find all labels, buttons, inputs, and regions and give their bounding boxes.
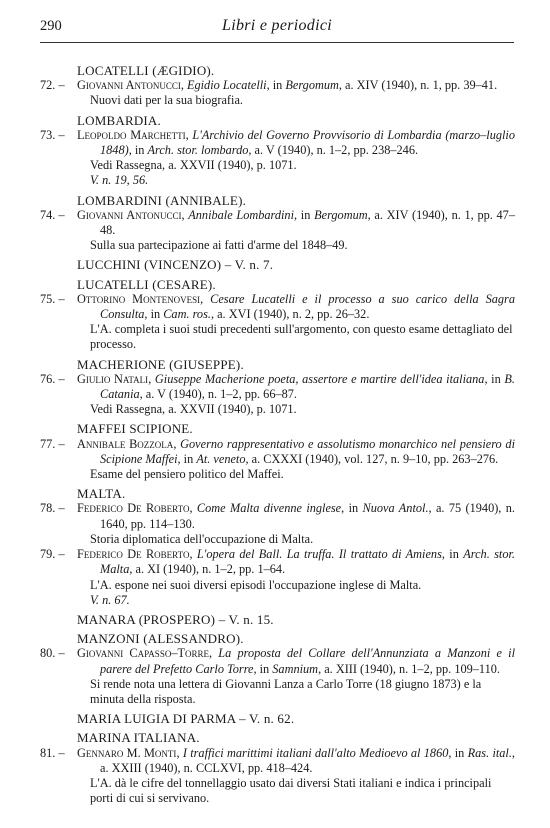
entry-author: Giulio Natali: [77, 372, 148, 386]
citation: Giovanni Antonucci, Annibale Lombardini,…: [77, 208, 515, 238]
entry-note: Nuovi dati per la sua biografia.: [77, 93, 515, 108]
section-heading: LUCCHINI (VINCENZO) – V. n. 7.: [40, 257, 515, 272]
entry-connector: , in: [178, 452, 197, 466]
entry-note: V. n. 67.: [77, 593, 515, 608]
bibliography-entry: 79. –Federico De Roberto, L'opera del Ba…: [40, 547, 515, 608]
entry-details: , a. V (1940), n. 1–2, pp. 238–246.: [248, 143, 418, 157]
citation: Leopoldo Marchetti, L'Archivio del Gover…: [77, 128, 515, 158]
section-heading: LOCATELLI (ÆGIDIO).: [40, 63, 515, 78]
entry-connector: , in: [294, 208, 314, 222]
entry-title: L'opera del Ball. La truffa. Il trattato…: [197, 547, 442, 561]
entry-connector: , in: [341, 501, 362, 515]
citation: Gennaro M. Monti, I traffici marittimi i…: [77, 746, 515, 776]
entry-note: Esame del pensiero politico del Maffei.: [77, 467, 515, 482]
entry-number: 73. –: [40, 128, 65, 143]
citation: Federico De Roberto, L'opera del Ball. L…: [77, 547, 515, 577]
entry-author: Federico De Roberto: [77, 547, 189, 561]
bibliography-entry: 80. –Giovanni Capasso–Torre, La proposta…: [40, 646, 515, 707]
citation: Giulio Natali, Giuseppe Macherione poeta…: [77, 372, 515, 402]
entry-details: , a. XVI (1940), n. 2, pp. 26–32.: [211, 307, 369, 321]
running-title: Libri e periodici: [40, 17, 514, 35]
section-heading: MALTA.: [40, 486, 515, 501]
bibliography-list: LOCATELLI (ÆGIDIO).72. –Giovanni Antonuc…: [40, 63, 515, 806]
section-heading: LOMBARDINI (ANNIBALE).: [40, 193, 515, 208]
entry-number: 81. –: [40, 746, 65, 761]
entry-author: Giovanni Antonucci: [77, 208, 181, 222]
entry-journal: Nuova Antol.: [363, 501, 429, 515]
entry-author: Giovanni Antonucci: [77, 78, 181, 92]
section-heading: MACHERIONE (GIUSEPPE).: [40, 357, 515, 372]
section-heading: MAFFEI SCIPIONE.: [40, 421, 515, 436]
citation: Annibale Bozzola, Governo rappresentativ…: [77, 437, 515, 467]
entry-number: 75. –: [40, 292, 65, 307]
entry-connector: , in: [129, 143, 148, 157]
running-header: 290 Libri e periodici: [40, 14, 514, 40]
citation: Giovanni Antonucci, Egidio Locatelli, in…: [77, 78, 515, 93]
entry-details: , a. XIII (1940), n. 1–2, pp. 109–110.: [318, 662, 500, 676]
entry-details: , a. XI (1940), n. 1–2, pp. 1–64.: [129, 562, 285, 576]
entry-number: 77. –: [40, 437, 65, 452]
entry-journal: Cam. ros.: [163, 307, 211, 321]
entry-note: V. n. 19, 56.: [77, 173, 515, 188]
entry-number: 76. –: [40, 372, 65, 387]
entry-number: 72. –: [40, 78, 65, 93]
entry-title: Egidio Locatelli: [187, 78, 267, 92]
citation: Ottorino Montenovesi, Cesare Lucatelli e…: [77, 292, 515, 322]
book-page: 290 Libri e periodici LOCATELLI (ÆGIDIO)…: [0, 0, 550, 828]
entry-note: L'A. espone nei suoi diversi episodi l'o…: [77, 578, 515, 593]
entry-author: Ottorino Montenovesi: [77, 292, 200, 306]
entry-note: Sulla sua partecipazione ai fatti d'arme…: [77, 238, 515, 253]
entry-journal: At. veneto: [196, 452, 245, 466]
section-heading: MARINA ITALIANA.: [40, 730, 515, 745]
entry-details: , a. CXXXI (1940), vol. 127, n. 9–10, pp…: [246, 452, 499, 466]
section-heading: MARIA LUIGIA DI PARMA – V. n. 62.: [40, 711, 515, 726]
entry-connector: , in: [267, 78, 286, 92]
bibliography-entry: 74. –Giovanni Antonucci, Annibale Lombar…: [40, 208, 515, 254]
entry-connector: , in: [448, 746, 467, 760]
bibliography-entry: 73. –Leopoldo Marchetti, L'Archivio del …: [40, 128, 515, 189]
entry-title: I traffici marittimi italiani dall'alto …: [183, 746, 449, 760]
bibliography-entry: 75. –Ottorino Montenovesi, Cesare Lucate…: [40, 292, 515, 353]
entry-author: Annibale Bozzola: [77, 437, 173, 451]
entry-details: , a. V (1940), n. 1–2, pp. 66–87.: [140, 387, 297, 401]
header-rule: [40, 42, 514, 43]
entry-connector: , in: [484, 372, 504, 386]
entry-note: Si rende nota una lettera di Giovanni La…: [77, 677, 515, 707]
entry-details: , a. XIV (1940), n. 1, pp. 39–41.: [339, 78, 497, 92]
entry-note: Storia diplomatica dell'occupazione di M…: [77, 532, 515, 547]
entry-connector: , in: [442, 547, 463, 561]
bibliography-entry: 72. –Giovanni Antonucci, Egidio Locatell…: [40, 78, 515, 108]
entry-number: 78. –: [40, 501, 65, 516]
entry-journal: Arch. stor. lombardo: [148, 143, 249, 157]
entry-number: 74. –: [40, 208, 65, 223]
bibliography-entry: 81. –Gennaro M. Monti, I traffici maritt…: [40, 746, 515, 807]
entry-journal: Ras. ital.: [468, 746, 512, 760]
entry-note: L'A. dà le cifre del tonnellaggio usato …: [77, 776, 515, 806]
entry-author: Leopoldo Marchetti: [77, 128, 186, 142]
entry-title: Come Malta divenne inglese: [197, 501, 341, 515]
section-heading: LOMBARDIA.: [40, 113, 515, 128]
bibliography-entry: 76. –Giulio Natali, Giuseppe Macherione …: [40, 372, 515, 418]
citation: Giovanni Capasso–Torre, La proposta del …: [77, 646, 515, 676]
entry-number: 79. –: [40, 547, 65, 562]
entry-note: Vedi Rassegna, a. XXVII (1940), p. 1071.: [77, 158, 515, 173]
section-heading: MANZONI (ALESSANDRO).: [40, 631, 515, 646]
entry-journal: Bergomum: [285, 78, 339, 92]
entry-title: Annibale Lombardini: [188, 208, 294, 222]
entry-connector: , in: [253, 662, 272, 676]
bibliography-entry: 78. –Federico De Roberto, Come Malta div…: [40, 501, 515, 547]
bibliography-entry: 77. –Annibale Bozzola, Governo rappresen…: [40, 437, 515, 483]
entry-note: L'A. completa i suoi studi precedenti su…: [77, 322, 515, 352]
entry-connector: , in: [144, 307, 163, 321]
section-heading: LUCATELLI (CESARE).: [40, 277, 515, 292]
entry-title: Giuseppe Macherione poeta, assertore e m…: [155, 372, 485, 386]
entry-author: Giovanni Capasso–Torre: [77, 646, 209, 660]
entry-author: Gennaro M. Monti: [77, 746, 176, 760]
entry-number: 80. –: [40, 646, 65, 661]
section-heading: MANARA (PROSPERO) – V. n. 15.: [40, 612, 515, 627]
entry-journal: Bergomum: [314, 208, 368, 222]
entry-note: Vedi Rassegna, a. XXVII (1940), p. 1071.: [77, 402, 515, 417]
entry-journal: Samnium: [272, 662, 318, 676]
entry-author: Federico De Roberto: [77, 501, 189, 515]
citation: Federico De Roberto, Come Malta divenne …: [77, 501, 515, 531]
